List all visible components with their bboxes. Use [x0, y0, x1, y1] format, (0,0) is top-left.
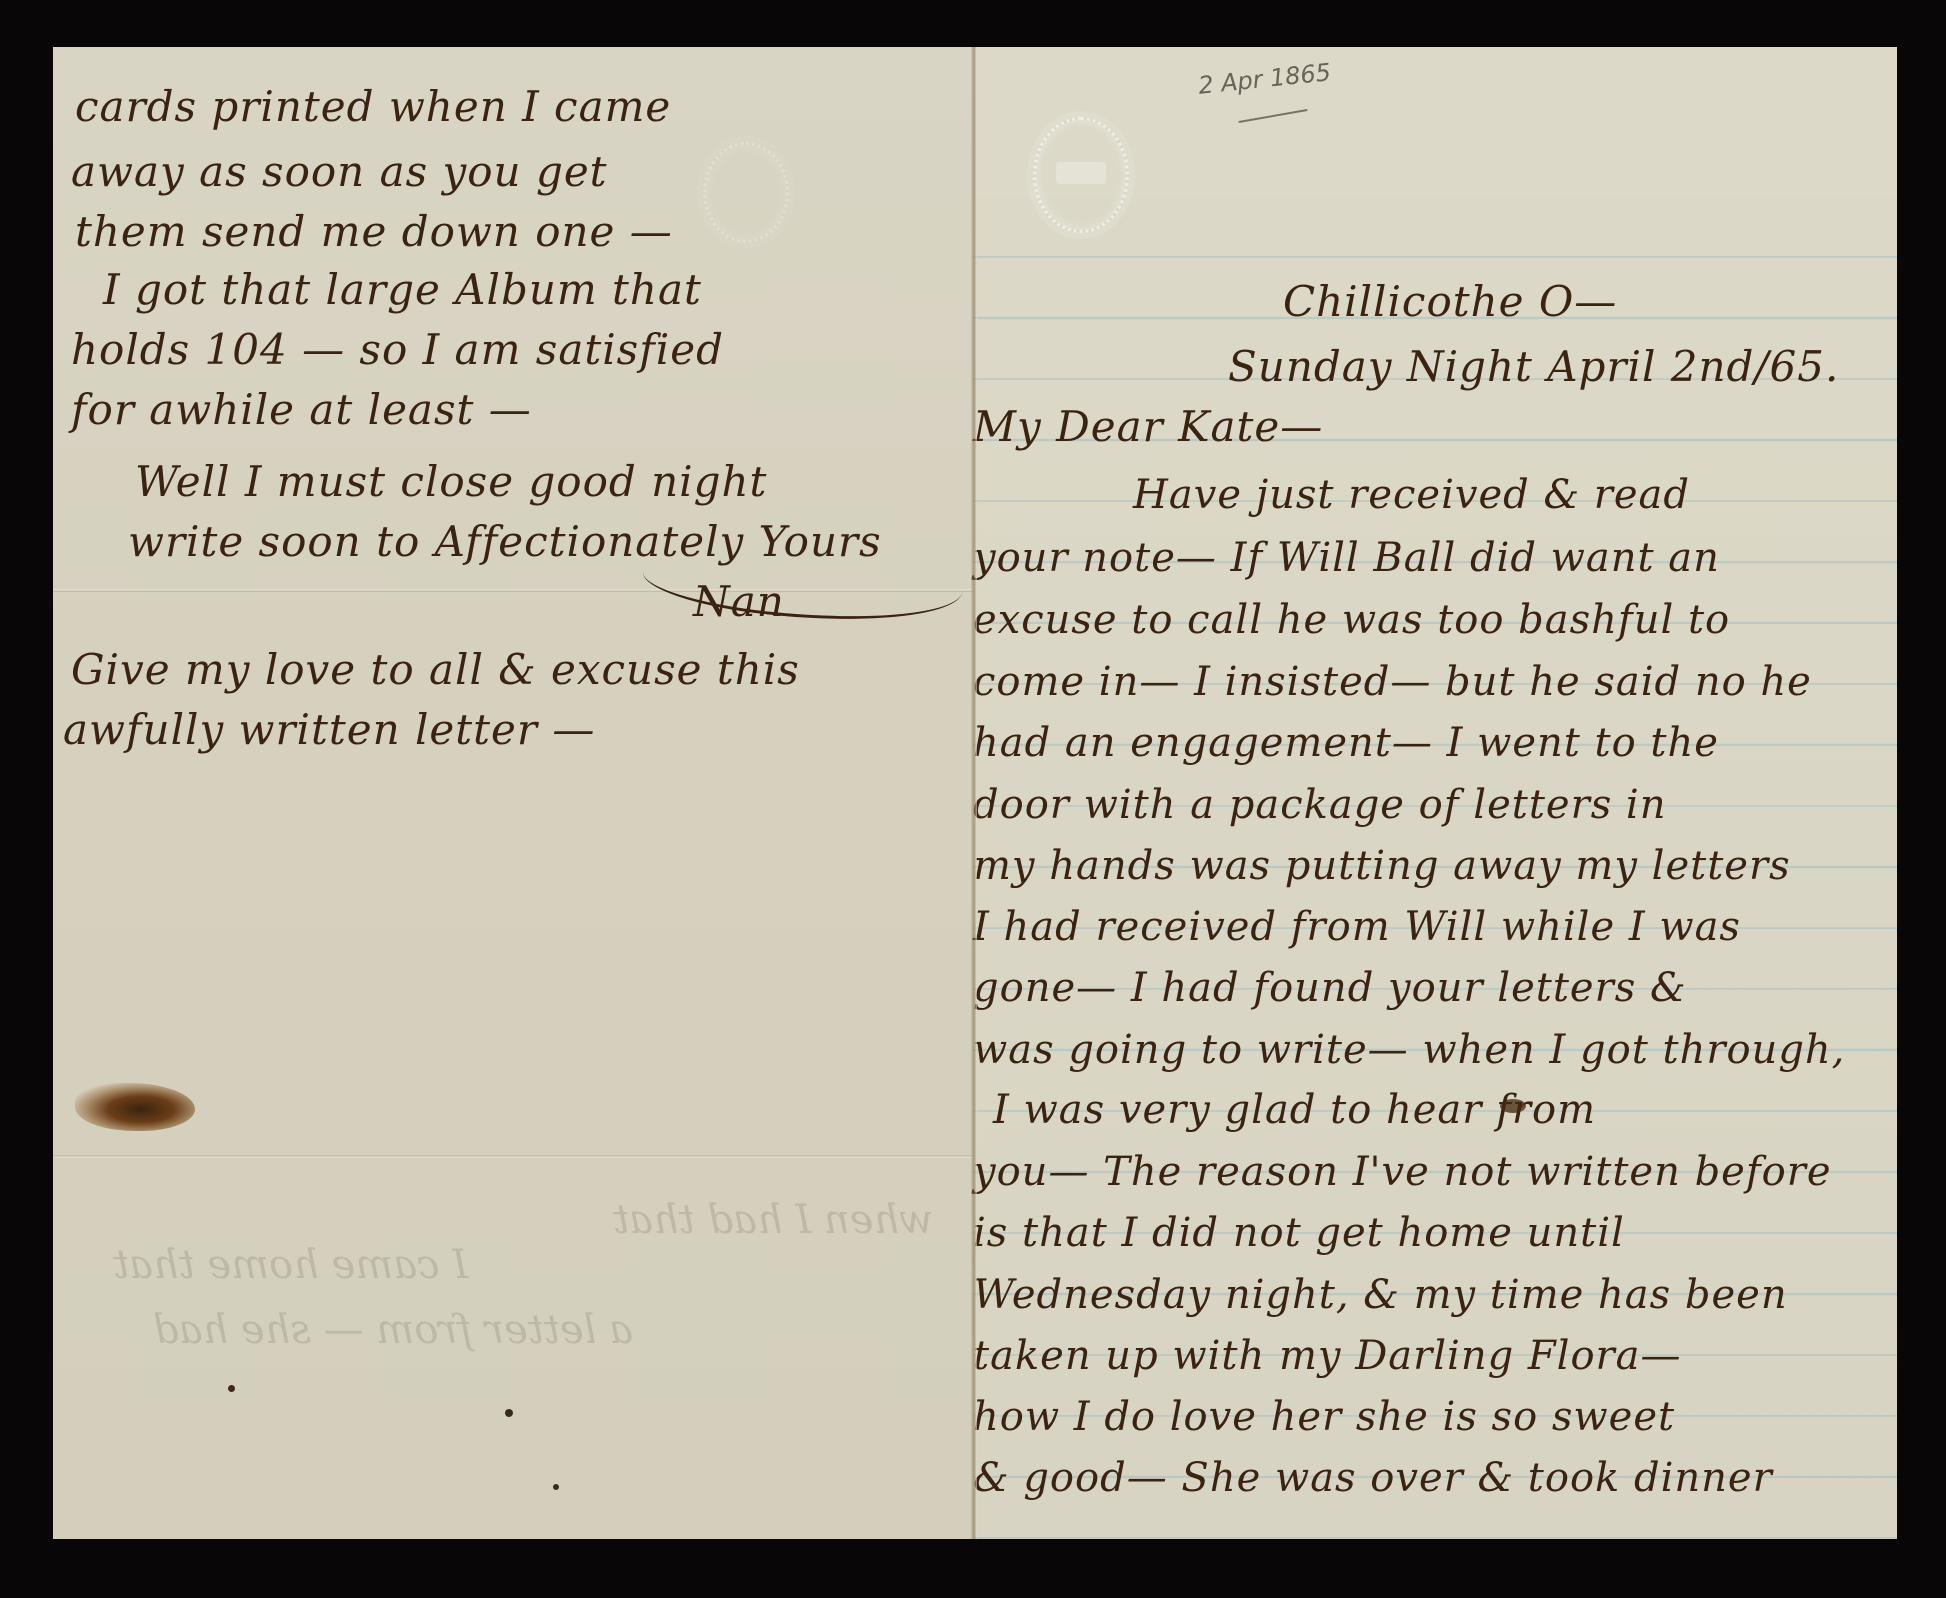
letter-place: Chillicothe O—: [1283, 277, 1617, 326]
ink-blot: [1500, 1099, 1526, 1113]
ink-stain: [75, 1083, 195, 1131]
embossed-seal-center: [1056, 162, 1106, 184]
postscript-line: awfully written letter —: [63, 705, 595, 754]
letter-line: how I do love her she is so sweet: [973, 1394, 1675, 1440]
letter-line: come in— I insisted— but he said no he: [973, 659, 1812, 705]
letter-line: I got that large Album that: [103, 265, 702, 314]
letter-line: for awhile at least —: [71, 385, 532, 434]
bleed-through-text: when I had that: [613, 1197, 933, 1243]
embossed-seal-ghost: [703, 142, 789, 243]
horizontal-fold-crease-lower: [53, 1155, 973, 1158]
signature: Nan: [693, 577, 785, 626]
ink-spot: [553, 1484, 559, 1490]
letter-line: your note— If Will Ball did want an: [973, 535, 1720, 581]
letter-line: Well I must close good night: [135, 457, 767, 506]
letter-line: holds 104 — so I am satisfied: [71, 325, 724, 374]
letter-line: gone— I had found your letters &: [973, 965, 1687, 1011]
letter-line: you— The reason I've not written before: [973, 1149, 1832, 1195]
letter-line: Have just received & read: [1133, 472, 1690, 518]
letter-line: Wednesday night, & my time has been: [973, 1272, 1788, 1318]
letter-sheet: when I had that I came home that a lette…: [53, 47, 1897, 1539]
letter-salutation: My Dear Kate—: [973, 402, 1323, 451]
ink-spot: [505, 1409, 513, 1417]
letter-line: is that I did not get home until: [973, 1210, 1625, 1256]
bleed-through-text: a letter from — she had: [153, 1307, 633, 1353]
letter-line: door with a package of letters in: [973, 782, 1667, 828]
letter-line: them send me down one —: [75, 207, 673, 256]
letter-line: taken up with my Darling Flora—: [973, 1333, 1682, 1379]
letter-line: cards printed when I came: [75, 82, 671, 131]
letter-line: & good— She was over & took dinner: [973, 1455, 1773, 1501]
letter-line: I had received from Will while I was: [973, 904, 1741, 950]
letter-date: Sunday Night April 2nd/65.: [1228, 342, 1839, 391]
left-page: when I had that I came home that a lette…: [53, 47, 973, 1539]
embossed-seal: [1033, 117, 1129, 233]
center-fold: [971, 47, 977, 1539]
bleed-through-text: I came home that: [113, 1242, 468, 1288]
letter-line: was going to write— when I got through,: [973, 1027, 1845, 1073]
right-page: 2 Apr 1865 Chillicothe O— Sunday Night A…: [973, 47, 1897, 1539]
postscript-line: Give my love to all & excuse this: [71, 645, 800, 694]
letter-line: away as soon as you get: [71, 147, 608, 196]
letter-line: had an engagement— I went to the: [973, 720, 1719, 766]
letter-line: excuse to call he was too bashful to: [973, 597, 1730, 643]
signature-flourish: [640, 528, 966, 634]
letter-line: my hands was putting away my letters: [973, 843, 1791, 889]
ink-spot: [228, 1385, 235, 1392]
